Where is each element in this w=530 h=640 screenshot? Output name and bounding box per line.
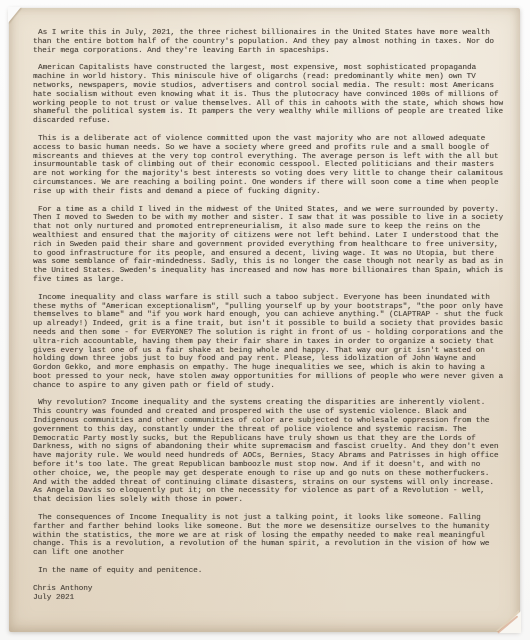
closing-line: In the name of equity and penitence. xyxy=(33,567,507,576)
paragraph-inequality-myths: Income inequality and class warfare is s… xyxy=(33,294,507,391)
paragraph-violence: This is a deliberate act of violence com… xyxy=(33,135,507,197)
signature-block: Chris Anthony July 2021 xyxy=(33,585,507,603)
photo-backdrop: As I write this in July, 2021, the three… xyxy=(0,0,530,640)
paragraph-intro: As I write this in July, 2021, the three… xyxy=(33,29,507,55)
torn-corner-top-left xyxy=(8,7,21,23)
signature-name: Chris Anthony xyxy=(33,585,507,594)
signature-date: July 2021 xyxy=(33,594,507,603)
paragraph-sweden: For a time as a child I lived in the mid… xyxy=(33,206,507,285)
paragraph-why-revolution: Why revolution? Income inequality and th… xyxy=(33,399,507,505)
letter-body: As I write this in July, 2021, the three… xyxy=(33,29,507,602)
paragraph-consequences: The consequences of Income Inequality is… xyxy=(33,514,507,558)
paragraph-propaganda: American Capitalists have constructed th… xyxy=(33,64,507,126)
typewritten-letter: As I write this in July, 2021, the three… xyxy=(9,8,520,632)
